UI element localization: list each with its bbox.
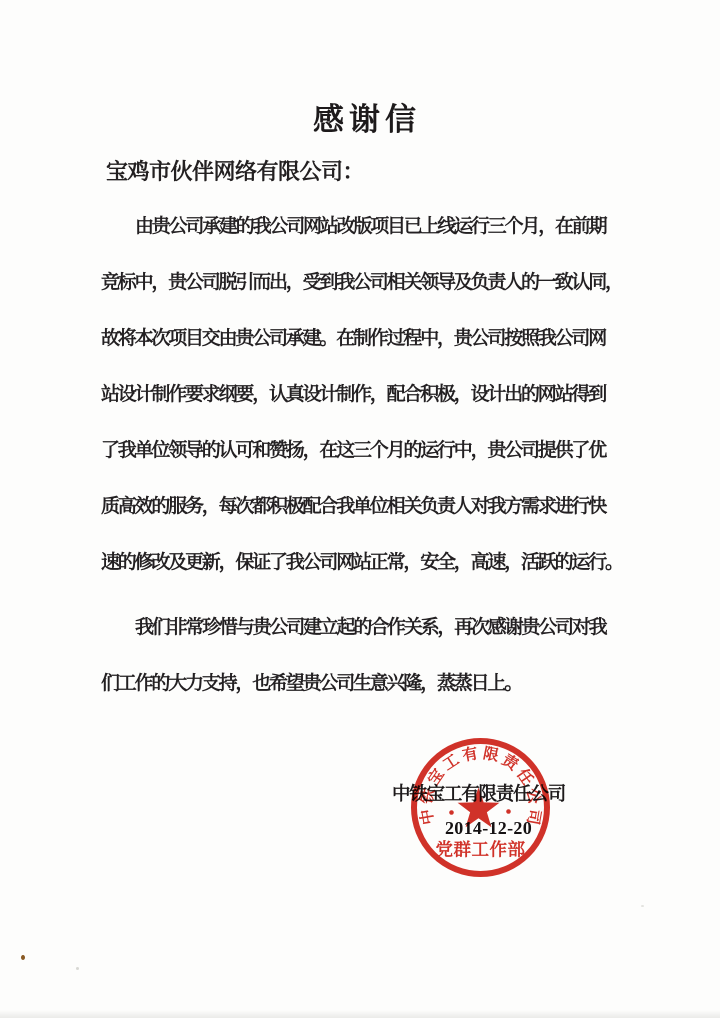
seal-arc-char: 司 — [523, 808, 544, 827]
seal-arc-char: 公 — [523, 787, 544, 806]
scan-edge-shadow — [0, 1010, 720, 1018]
seal-arc-char: 限 — [482, 743, 501, 765]
body-line: 故将本次项目交由贵公司承建。在制作过程中，贵公司按照我公司网 — [101, 327, 605, 351]
seal-right-dot — [506, 809, 511, 814]
body-line: 速的修改及更新，保证了我公司网站正常，安全，高速，活跃的运行。 — [101, 551, 622, 575]
seal-department-text: 党群工作部 — [436, 840, 526, 860]
body-line: 我们非常珍惜与贵公司建立起的合作关系，再次感谢贵公司对我 — [101, 616, 605, 640]
paper-speck — [641, 905, 644, 907]
body-line: 质高效的服务，每次都积极配合我单位相关负责人对我方需求进行快 — [101, 495, 605, 519]
star-icon — [458, 788, 500, 828]
seal-arc-char: 中 — [417, 808, 437, 826]
body-line: 竞标中，贵公司脱引而出，受到我公司相关领导及负责人的一致认同， — [101, 271, 622, 295]
letter-title: 感谢信 — [14, 94, 720, 139]
body-line: 了我单位领导的认可和赞扬，在这三个月的运行中，贵公司提供了优 — [101, 439, 605, 463]
body-line: 由贵公司承建的我公司网站改版项目已上线运行三个月，在前期 — [101, 215, 605, 239]
paper-speck — [76, 967, 79, 970]
letter-salutation: 宝鸡市伙伴网络有限公司： — [106, 155, 364, 186]
seal-left-dot — [449, 810, 454, 815]
body-line: 们工作的大力支持，也希望贵公司生意兴隆，蒸蒸日上。 — [101, 672, 521, 696]
seal-arc-char: 有 — [461, 743, 480, 765]
paper-speck — [21, 955, 25, 960]
body-line: 站设计制作要求纲要，认真设计制作，配合积极，设计出的网站得到 — [101, 383, 605, 407]
scanned-letter-page: 感谢信 宝鸡市伙伴网络有限公司： 由贵公司承建的我公司网站改版项目已上线运行三个… — [0, 0, 720, 1018]
company-seal-stamp: 中 铁 宝 工 有 限 责 任 公 司 党群工作部 — [403, 730, 558, 885]
